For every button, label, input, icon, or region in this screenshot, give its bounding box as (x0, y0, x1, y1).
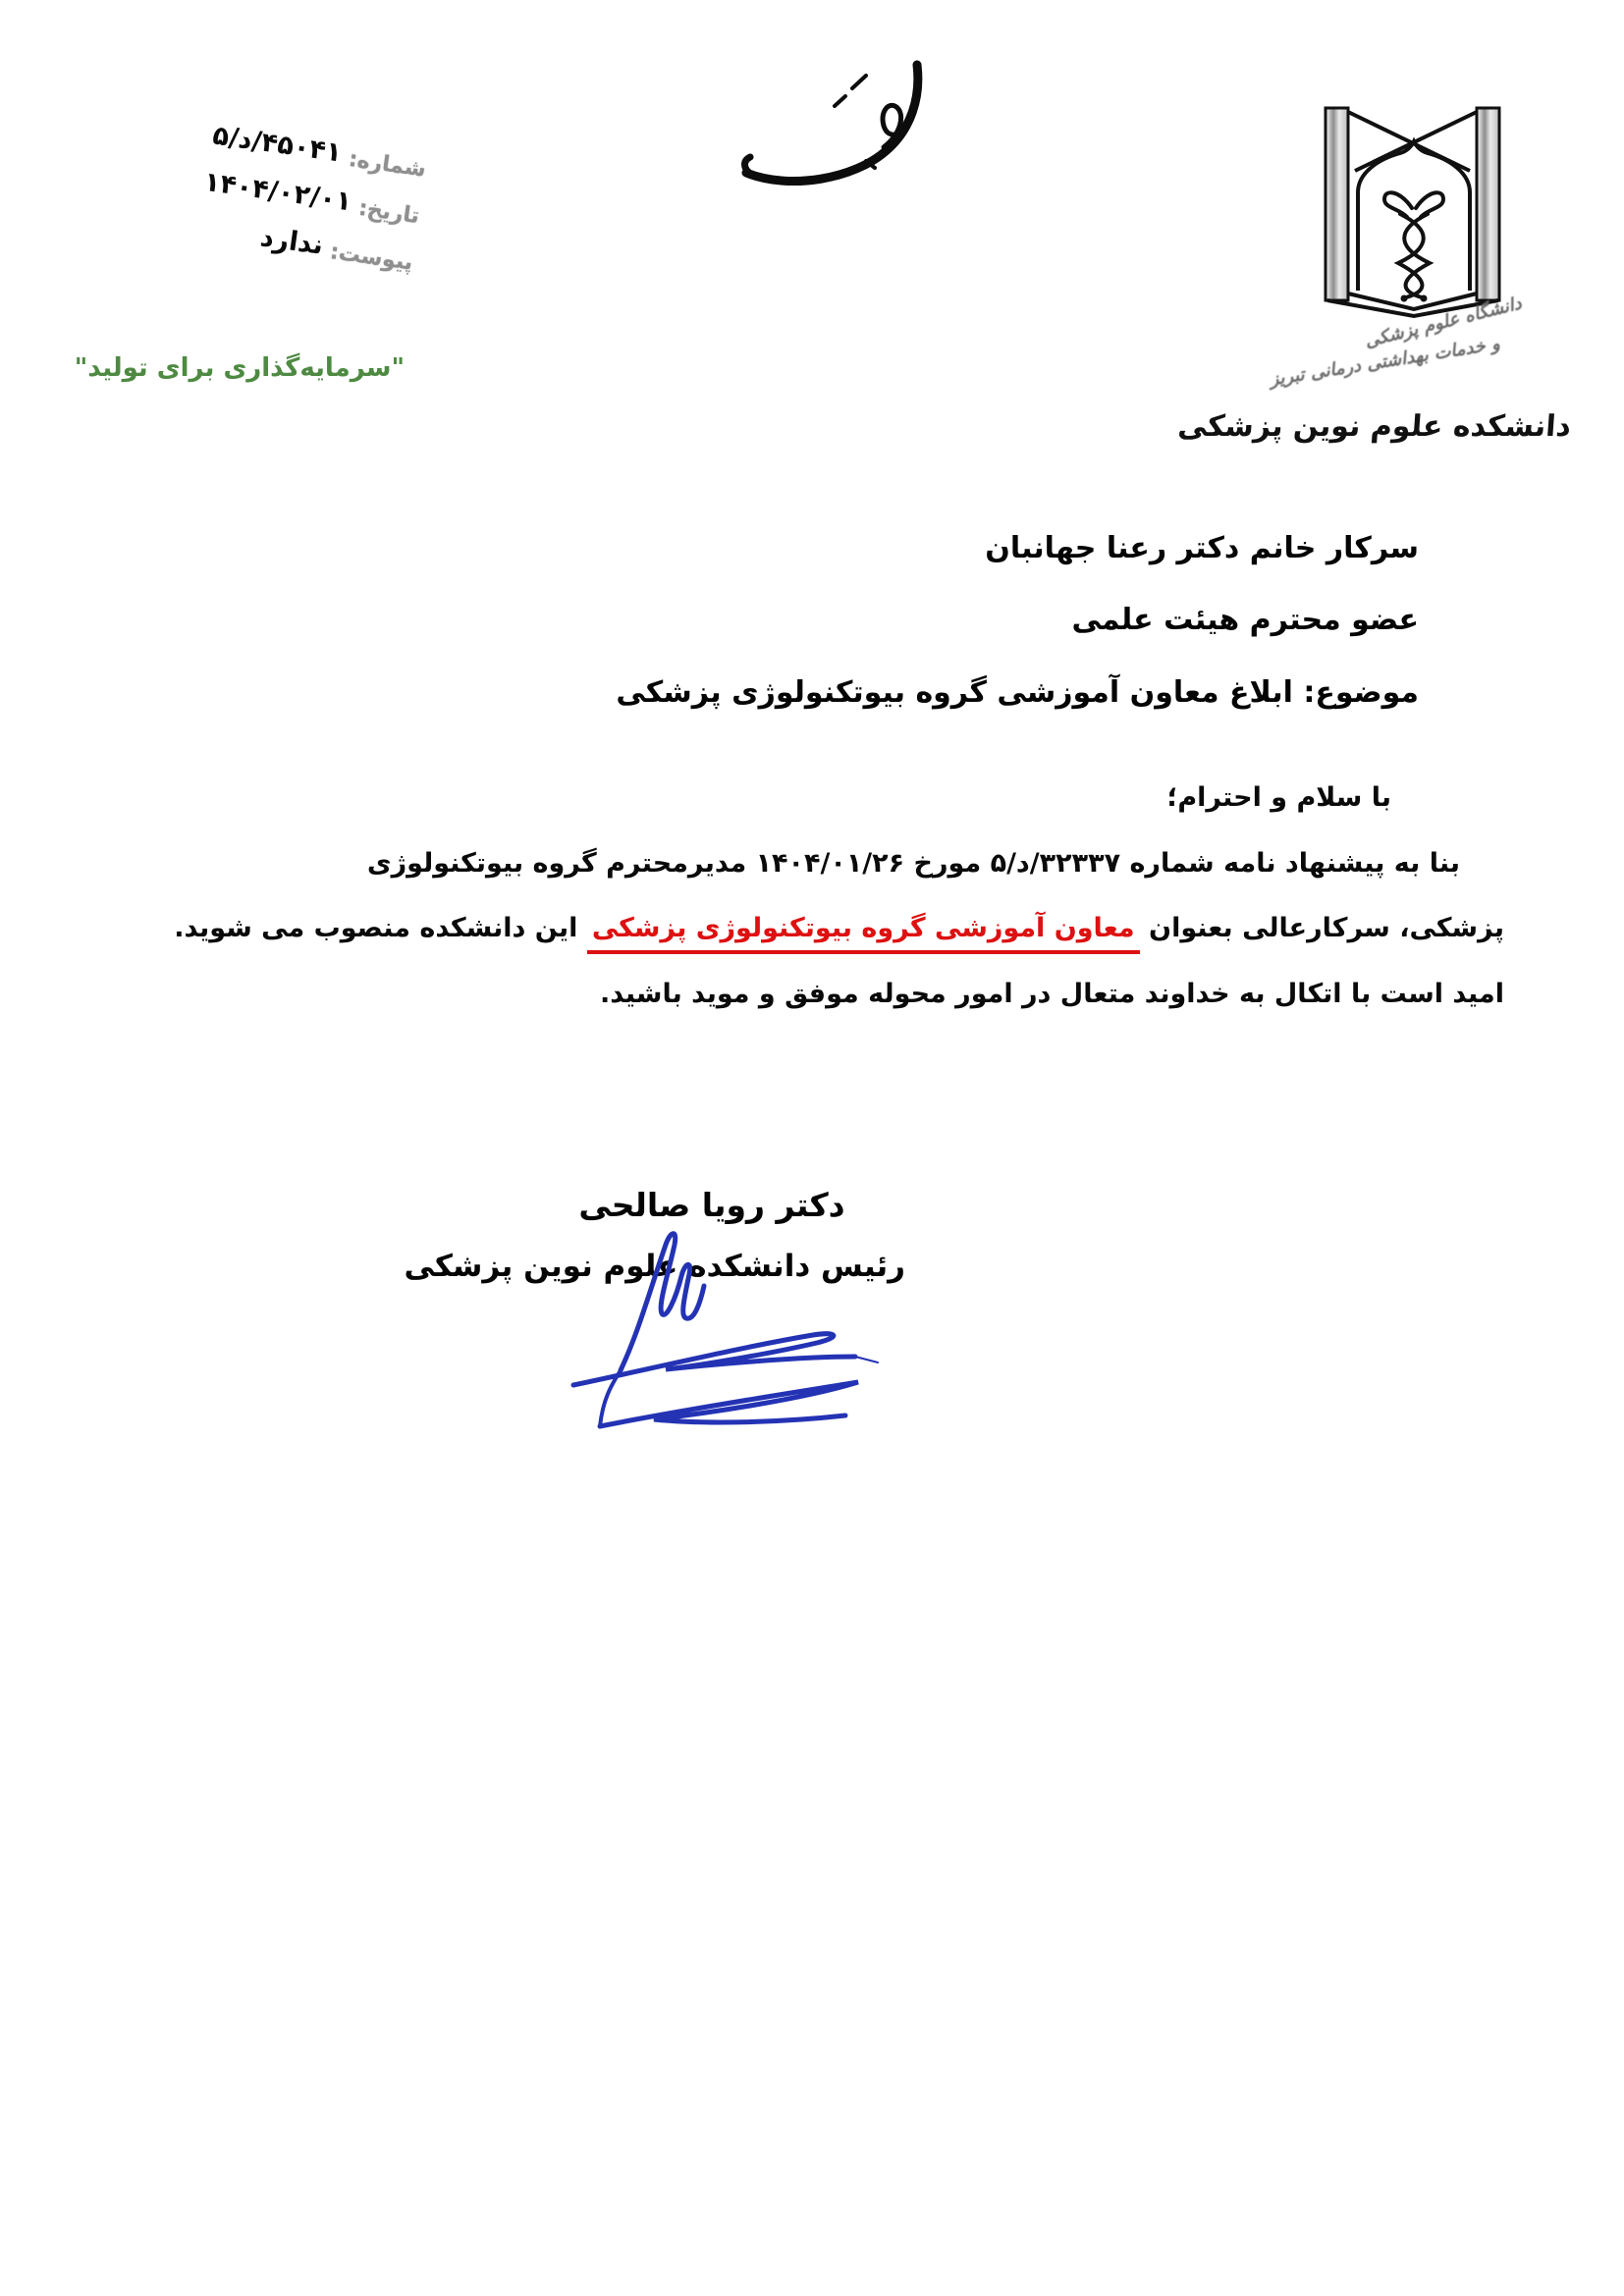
recipient-title: عضو محترم هیئت علمی (1071, 603, 1419, 637)
letter-number-label: شماره: (347, 147, 427, 183)
logo-arch (1358, 141, 1470, 291)
body-line-1: بنا به پیشنهاد نامه شماره ۳۲۳۳۷/د/۵ مورخ… (367, 848, 1460, 879)
body-line-2: پزشکی، سرکارعالی بعنوان معاون آموزشی گرو… (174, 913, 1504, 954)
body-line-2-suffix: این دانشکده منصوب می شوید. (174, 913, 587, 943)
slogan: "سرمایه‌گذاری برای تولید" (120, 353, 405, 383)
recipient-name: سرکار خانم دکتر رعنا جهانبان (985, 531, 1419, 565)
handwritten-signature (556, 1215, 880, 1431)
letter-date-label: تاریخ: (357, 196, 421, 229)
body-line-3: امید است با اتکال به خداوند متعال در امو… (600, 979, 1504, 1009)
letter-page: شماره: ۴۵۰۴۱/د/۵ تاریخ: ۱۴۰۴/۰۲/۰۱ پیوست… (0, 0, 1624, 2296)
subject-highlight: معاون آموزشی گروه بیوتکنولوژی پزشکی (587, 913, 1140, 954)
greeting: با سلام و احترام؛ (1167, 782, 1391, 813)
reference-block: شماره: ۴۵۰۴۱/د/۵ تاریخ: ۱۴۰۴/۰۲/۰۱ پیوست… (165, 119, 428, 293)
letter-number-value: ۴۵۰۴۱/د/۵ (211, 120, 345, 168)
faculty-name: دانشکده علوم نوین پزشکی (1199, 409, 1572, 444)
bismillah-calligraphy-icon (736, 53, 947, 190)
university-logo (1316, 98, 1512, 324)
letter-attachment-label: پیوست: (329, 240, 414, 276)
letter-attachment-value: ندارد (258, 222, 325, 261)
letter-date-value: ۱۴۰۴/۰۲/۰۱ (202, 167, 353, 218)
logo-dna-helix (1384, 192, 1443, 301)
body-line-2-prefix: پزشکی، سرکارعالی بعنوان (1140, 913, 1504, 943)
subject-line: موضوع: ابلاغ معاون آموزشی گروه بیوتکنولو… (616, 675, 1419, 710)
